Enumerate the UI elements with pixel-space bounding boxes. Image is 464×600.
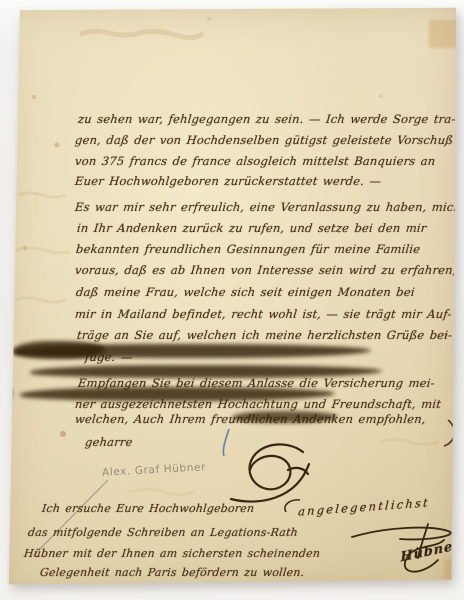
ink-redaction-bar bbox=[20, 387, 335, 401]
foxing-stains bbox=[0, 0, 2, 2]
postscript-line: Hübner mit der Ihnen am sichersten schei… bbox=[23, 547, 320, 560]
ink-redaction-bar bbox=[30, 365, 382, 378]
letter-line: mir in Mailand befindet, recht wohl ist,… bbox=[74, 308, 452, 321]
signature-paraph-flourish bbox=[231, 444, 309, 501]
letter-line: daß meine Frau, welche sich seit einigen… bbox=[75, 286, 415, 299]
letter-line: zu sehen war, fehlgegangen zu sein. — Ic… bbox=[77, 113, 456, 126]
ink-redaction-bar bbox=[13, 341, 105, 359]
postscript-line: Gelegenheit nach Paris befördern zu woll… bbox=[39, 566, 305, 579]
postscript-line: das mitfolgende Schreiben an Legations-R… bbox=[27, 526, 298, 539]
letter-line: träge an Sie auf, welchen ich meine herz… bbox=[76, 329, 453, 342]
blue-pencil-mark bbox=[223, 429, 229, 456]
photo-background: zu sehen war, fehlgegangen zu sein. — Ic… bbox=[0, 0, 464, 600]
corner-discoloration bbox=[444, 558, 460, 582]
ink-redaction-bar bbox=[232, 411, 338, 423]
ink-redaction-bar bbox=[0, 388, 12, 400]
paper-shadow: zu sehen war, fehlgegangen zu sein. — Ic… bbox=[0, 0, 464, 600]
letter-line: in Ihr Andenken zurück zu rufen, und set… bbox=[76, 222, 427, 235]
signature-huebner: Hübner bbox=[400, 538, 461, 566]
pencil-annotation: Alex. Graf Hübner bbox=[102, 461, 207, 478]
letter-line: geharre bbox=[84, 436, 133, 449]
letter-line: bekannten freundlichen Gesinnungen für m… bbox=[75, 243, 421, 256]
letter-line: voraus, daß es ab Ihnen von Interesse se… bbox=[74, 264, 457, 277]
letter-paper: zu sehen war, fehlgegangen zu sein. — Ic… bbox=[0, 0, 464, 600]
letter-line: gen, daß der von Hochdenselben gütigst g… bbox=[74, 134, 454, 147]
letter-line: Es war mir sehr erfreulich, eine Veranla… bbox=[74, 201, 461, 214]
letter-line: Euer Hochwohlgeboren zurückerstattet wer… bbox=[74, 175, 382, 188]
line-end-flourish bbox=[444, 420, 454, 446]
postscript-line: Ich ersuche Eure Hochwohlgeboren bbox=[41, 502, 255, 515]
pencil-strike-line bbox=[33, 480, 108, 556]
valediction-word: angelegentlichst bbox=[298, 495, 431, 518]
letter-line: von 375 francs de france alsogleich mitt… bbox=[74, 155, 436, 168]
tape-residue-stain bbox=[429, 20, 463, 48]
